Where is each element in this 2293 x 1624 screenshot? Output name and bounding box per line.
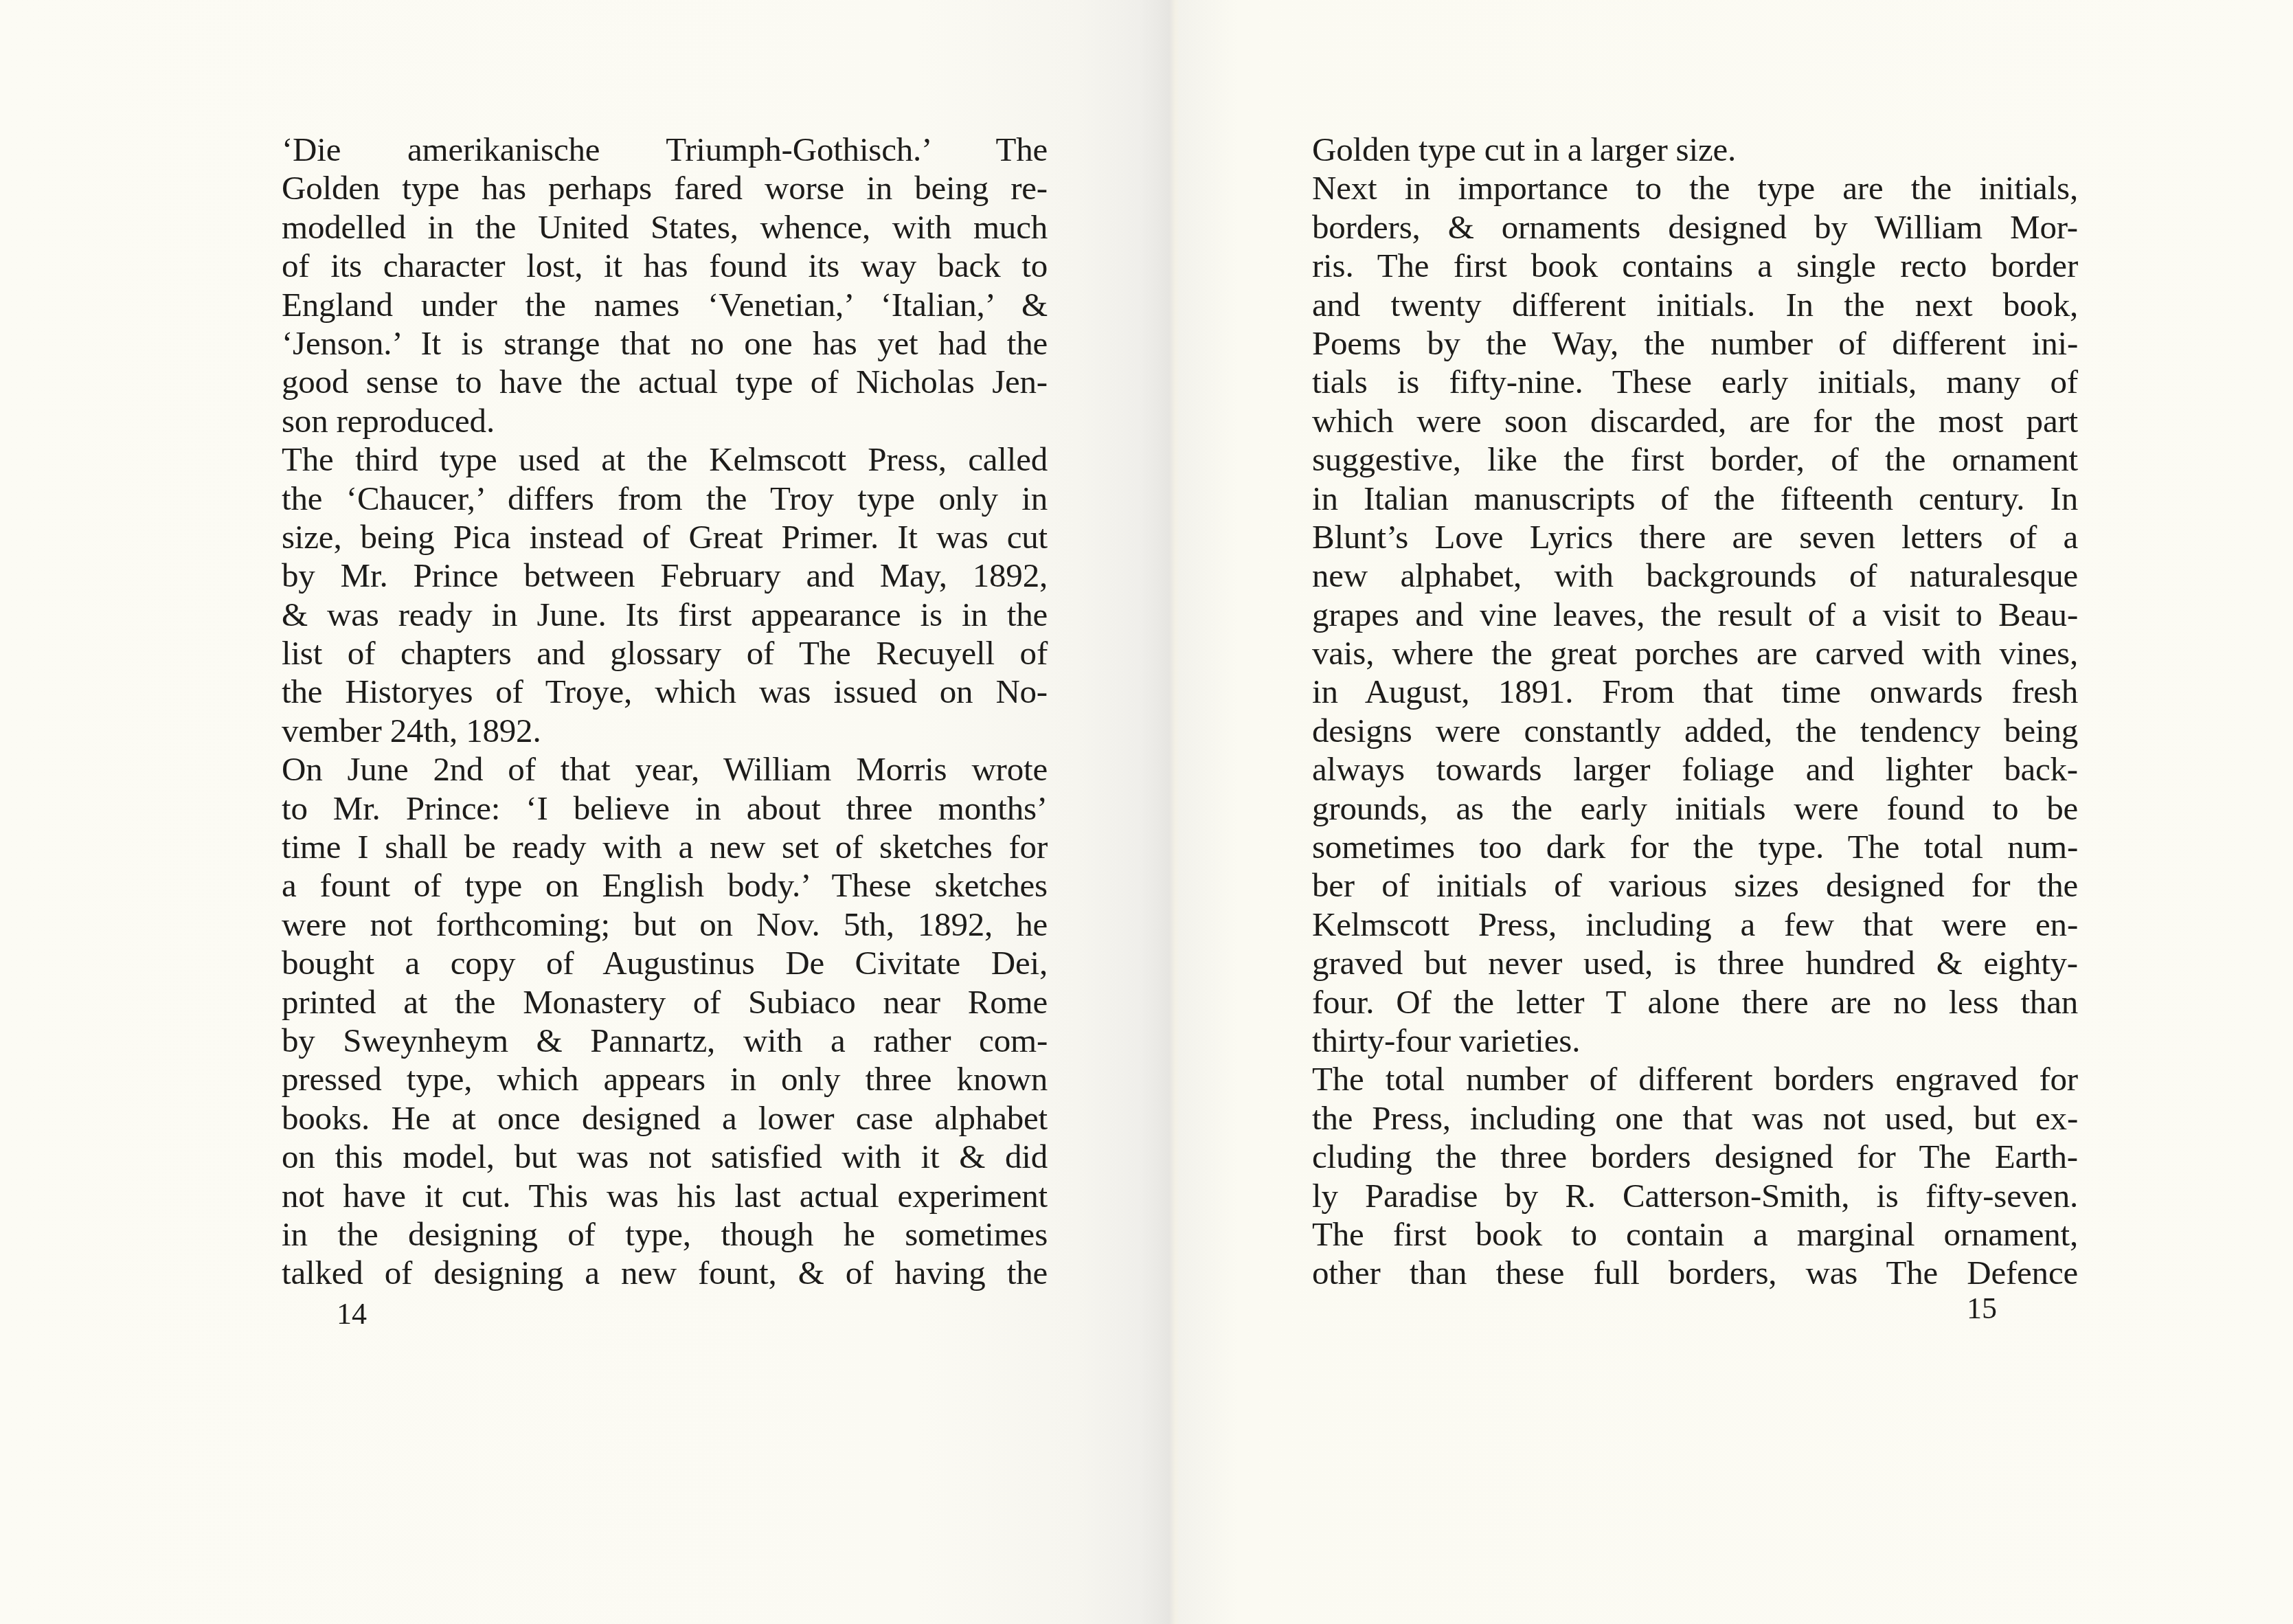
text-line: modelled in the United States, whence, w… — [282, 208, 1048, 247]
text-line: in the designing of type, though he some… — [282, 1215, 1048, 1254]
text-line: Golden type cut in a larger size. — [1312, 131, 2078, 169]
text-line: tials is fifty-nine. These early initial… — [1312, 363, 2078, 401]
text-line: which were soon discarded, are for the m… — [1312, 402, 2078, 440]
text-line: good sense to have the actual type of Ni… — [282, 363, 1048, 401]
book-spread: ‘Die amerikanische Triumph-Gothisch.’ Th… — [0, 0, 2293, 1624]
page-number-left: 14 — [337, 1297, 367, 1331]
text-line: vais, where the great porches are carved… — [1312, 634, 2078, 673]
text-line: designs were constantly added, the tende… — [1312, 712, 2078, 750]
text-line: Golden type has perhaps fared worse in b… — [282, 169, 1048, 207]
text-line: vember 24th, 1892. — [282, 712, 1048, 750]
text-line: the Historyes of Troye, which was issued… — [282, 673, 1048, 711]
text-line: time I shall be ready with a new set of … — [282, 828, 1048, 866]
text-line: four. Of the letter T alone there are no… — [1312, 983, 2078, 1022]
text-line: the Press, including one that was not us… — [1312, 1099, 2078, 1138]
text-line: talked of designing a new fount, & of ha… — [282, 1254, 1048, 1292]
text-line: new alphabet, with backgrounds of natura… — [1312, 556, 2078, 595]
text-line: thirty-four varieties. — [1312, 1022, 2078, 1060]
left-page: ‘Die amerikanische Triumph-Gothisch.’ Th… — [0, 0, 1146, 1624]
text-line: cluding the three borders designed for T… — [1312, 1138, 2078, 1176]
text-line: The total number of different borders en… — [1312, 1060, 2078, 1098]
text-line: a fount of type on English body.’ These … — [282, 866, 1048, 905]
text-line: books. He at once designed a lower case … — [282, 1099, 1048, 1138]
text-line: ‘Jenson.’ It is strange that no one has … — [282, 324, 1048, 363]
text-line: in August, 1891. From that time onwards … — [1312, 673, 2078, 711]
text-line: pressed type, which appears in only thre… — [282, 1060, 1048, 1098]
text-line: The first book to contain a marginal orn… — [1312, 1215, 2078, 1254]
right-page-body: Golden type cut in a larger size. Next i… — [1312, 131, 2078, 1293]
text-line: graved but never used, is three hundred … — [1312, 944, 2078, 982]
text-line: in Italian manuscripts of the fifteenth … — [1312, 480, 2078, 518]
text-line: grapes and vine leaves, the result of a … — [1312, 596, 2078, 634]
left-page-body: ‘Die amerikanische Triumph-Gothisch.’ Th… — [282, 131, 1048, 1293]
text-line: not have it cut. This was his last actua… — [282, 1177, 1048, 1215]
text-line: suggestive, like the first border, of th… — [1312, 440, 2078, 479]
text-line: were not forthcoming; but on Nov. 5th, 1… — [282, 905, 1048, 944]
text-line: of its character lost, it has found its … — [282, 247, 1048, 285]
text-line: ris. The first book contains a single re… — [1312, 247, 2078, 285]
text-line: ber of initials of various sizes designe… — [1312, 866, 2078, 905]
text-line: bought a copy of Augustinus De Civitate … — [282, 944, 1048, 982]
text-line: borders, & ornaments designed by William… — [1312, 208, 2078, 247]
text-line: the ‘Chaucer,’ differs from the Troy typ… — [282, 480, 1048, 518]
text-line: printed at the Monastery of Subiaco near… — [282, 983, 1048, 1022]
text-line: sometimes too dark for the type. The tot… — [1312, 828, 2078, 866]
text-line: ly Paradise by R. Catterson-Smith, is fi… — [1312, 1177, 2078, 1215]
text-line: always towards larger foliage and lighte… — [1312, 750, 2078, 789]
text-line: On June 2nd of that year, William Morris… — [282, 750, 1048, 789]
text-line: Next in importance to the type are the i… — [1312, 169, 2078, 207]
text-line: England under the names ‘Venetian,’ ‘Ita… — [282, 286, 1048, 324]
text-line: other than these full borders, was The D… — [1312, 1254, 2078, 1292]
text-line: list of chapters and glossary of The Rec… — [282, 634, 1048, 673]
text-line: Blunt’s Love Lyrics there are seven lett… — [1312, 518, 2078, 556]
text-line: son reproduced. — [282, 402, 1048, 440]
text-line: size, being Pica instead of Great Primer… — [282, 518, 1048, 556]
text-line: by Sweynheym & Pannartz, with a rather c… — [282, 1022, 1048, 1060]
text-line: and twenty different initials. In the ne… — [1312, 286, 2078, 324]
text-line: Poems by the Way, the number of differen… — [1312, 324, 2078, 363]
text-line: by Mr. Prince between February and May, … — [282, 556, 1048, 595]
book-gutter — [1125, 0, 1180, 1624]
text-line: ‘Die amerikanische Triumph-Gothisch.’ Th… — [282, 131, 1048, 169]
text-line: Kelmscott Press, including a few that we… — [1312, 905, 2078, 944]
text-line: to Mr. Prince: ‘I believe in about three… — [282, 789, 1048, 828]
text-line: & was ready in June. Its first appearanc… — [282, 596, 1048, 634]
text-line: on this model, but was not satisfied wit… — [282, 1138, 1048, 1176]
text-line: The third type used at the Kelmscott Pre… — [282, 440, 1048, 479]
text-line: grounds, as the early initials were foun… — [1312, 789, 2078, 828]
page-number-right: 15 — [1967, 1292, 1997, 1326]
